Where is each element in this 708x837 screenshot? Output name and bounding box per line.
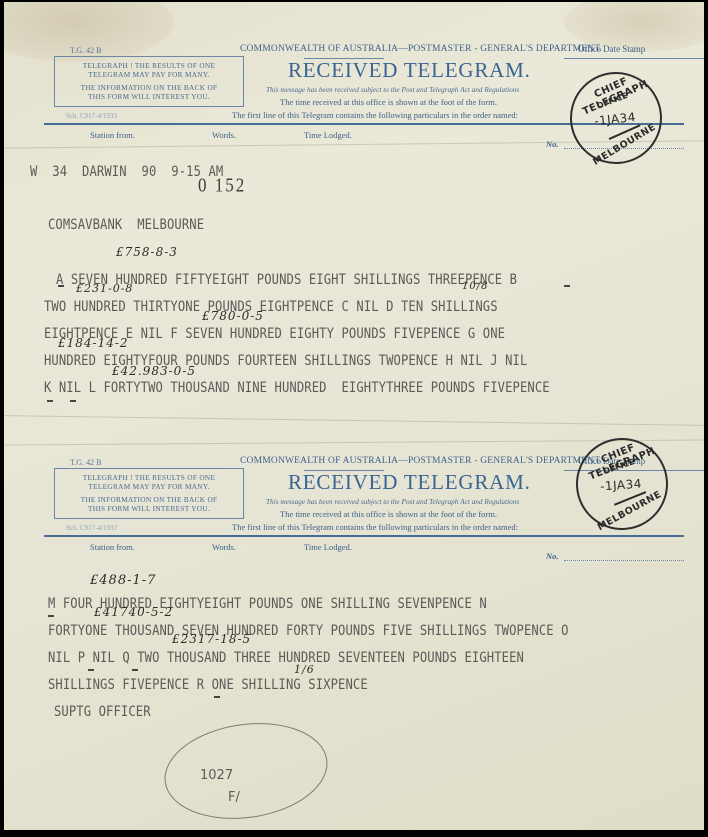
form-code: T.G. 42 B [70,46,101,55]
time-note: The time received at this office is show… [280,509,497,519]
words-label: Words. [212,130,236,140]
message-line: NIL P NIL Q TWO THOUSAND THREE HUNDRED S… [48,649,524,666]
info-line: TELEGRAPH ! THE RESULTS OF ONE [55,473,243,482]
letter-underline [88,669,94,671]
stamp-city: MELBOURNE [591,122,658,168]
stamp-office-name: CHIEF TELEGRAPH [583,435,658,482]
info-box: TELEGRAPH ! THE RESULTS OF ONE TELEGRAM … [54,56,244,107]
pencil-circle [158,713,333,829]
paper-crease [4,415,704,426]
signature: SUPTG OFFICER [54,703,151,720]
letter-underline [70,400,76,402]
stamp-date: -1JA34 [593,110,636,128]
time-note: The time received at this office is show… [280,97,497,107]
handwritten-annotation: 1/6 [294,663,315,676]
handwritten-annotation: £758-8-3 [116,245,178,259]
info-line: TELEGRAM MAY PAY FOR MANY. [55,482,243,491]
info-box: TELEGRAPH ! THE RESULTS OF ONE TELEGRAM … [54,468,244,519]
divider [44,535,684,537]
message-line: TWO HUNDRED THIRTYONE POUNDS EIGHTPENCE … [44,298,498,315]
letter-underline [132,669,138,671]
handwritten-annotation: £780-0-5 [202,309,264,323]
handwritten-annotation: £231-0-8 [76,282,133,295]
words-label: Words. [212,542,236,552]
info-line: THE INFORMATION ON THE BACK OF [55,495,243,504]
number-label: No. [546,551,559,561]
subject-note: This message has been received subject t… [266,85,519,94]
divider [564,58,704,59]
handwritten-annotation: £42.983-0-5 [112,364,196,378]
preamble-line: W 34 DARWIN 90 9-15 AM [30,163,223,180]
serial-number: 0 152 [198,174,246,198]
handwritten-annotation: £184-14-2 [58,336,129,350]
letter-underline [48,615,54,617]
schedule-code: Sch. C917-4/1933 [66,112,117,120]
message-line: FORTYONE THOUSAND SEVEN HUNDRED FORTY PO… [48,622,569,639]
letter-underline [214,696,220,698]
info-line: THIS FORM WILL INTEREST YOU. [55,92,243,101]
form-code: T.G. 42 B [70,458,101,467]
message-line: K NIL L FORTYTWO THOUSAND NINE HUNDRED E… [44,379,550,396]
info-line: TELEGRAPH ! THE RESULTS OF ONE [55,61,243,70]
first-line-note: The first line of this Telegram contains… [232,522,518,532]
pencil-note-number: 1027 [200,768,233,783]
info-line: THIS FORM WILL INTEREST YOU. [55,504,243,513]
stamp-date: -1JA34 [600,477,643,494]
subject-note: This message has been received subject t… [266,497,519,506]
addressee: COMSAVBANK MELBOURNE [48,216,204,233]
letter-underline [58,285,64,287]
info-line: THE INFORMATION ON THE BACK OF [55,83,243,92]
handwritten-annotation: £41740-5-2 [94,605,173,619]
form-title: RECEIVED TELEGRAM. [288,470,531,495]
form-title: RECEIVED TELEGRAM. [288,58,531,83]
department-heading: COMMONWEALTH OF AUSTRALIA—POSTMASTER - G… [240,44,602,54]
station-from-label: Station from. [90,130,135,140]
letter-underline [47,400,53,402]
number-label: No. [546,139,559,149]
telegram-document: T.G. 42 B COMMONWEALTH OF AUSTRALIA—POST… [4,2,704,830]
letter-underline [564,285,570,287]
schedule-code: Sch. C917-4/1933 [66,524,117,532]
time-lodged-label: Time Lodged. [304,542,352,552]
handwritten-annotation: 10/8 [462,281,488,292]
handwritten-annotation: £2317-18-5 [172,632,251,646]
info-line: TELEGRAM MAY PAY FOR MANY. [55,70,243,79]
pencil-note-initials: F/ [228,790,240,805]
time-lodged-label: Time Lodged. [304,130,352,140]
department-heading: COMMONWEALTH OF AUSTRALIA—POSTMASTER - G… [240,456,602,466]
station-from-label: Station from. [90,542,135,552]
number-field-line [564,560,684,561]
handwritten-annotation: £488-1-7 [90,573,156,588]
office-date-stamp-label: Office Date Stamp [578,44,645,54]
first-line-note: The first line of this Telegram contains… [232,110,518,120]
message-line: SHILLINGS FIVEPENCE R ONE SHILLING SIXPE… [48,676,368,693]
